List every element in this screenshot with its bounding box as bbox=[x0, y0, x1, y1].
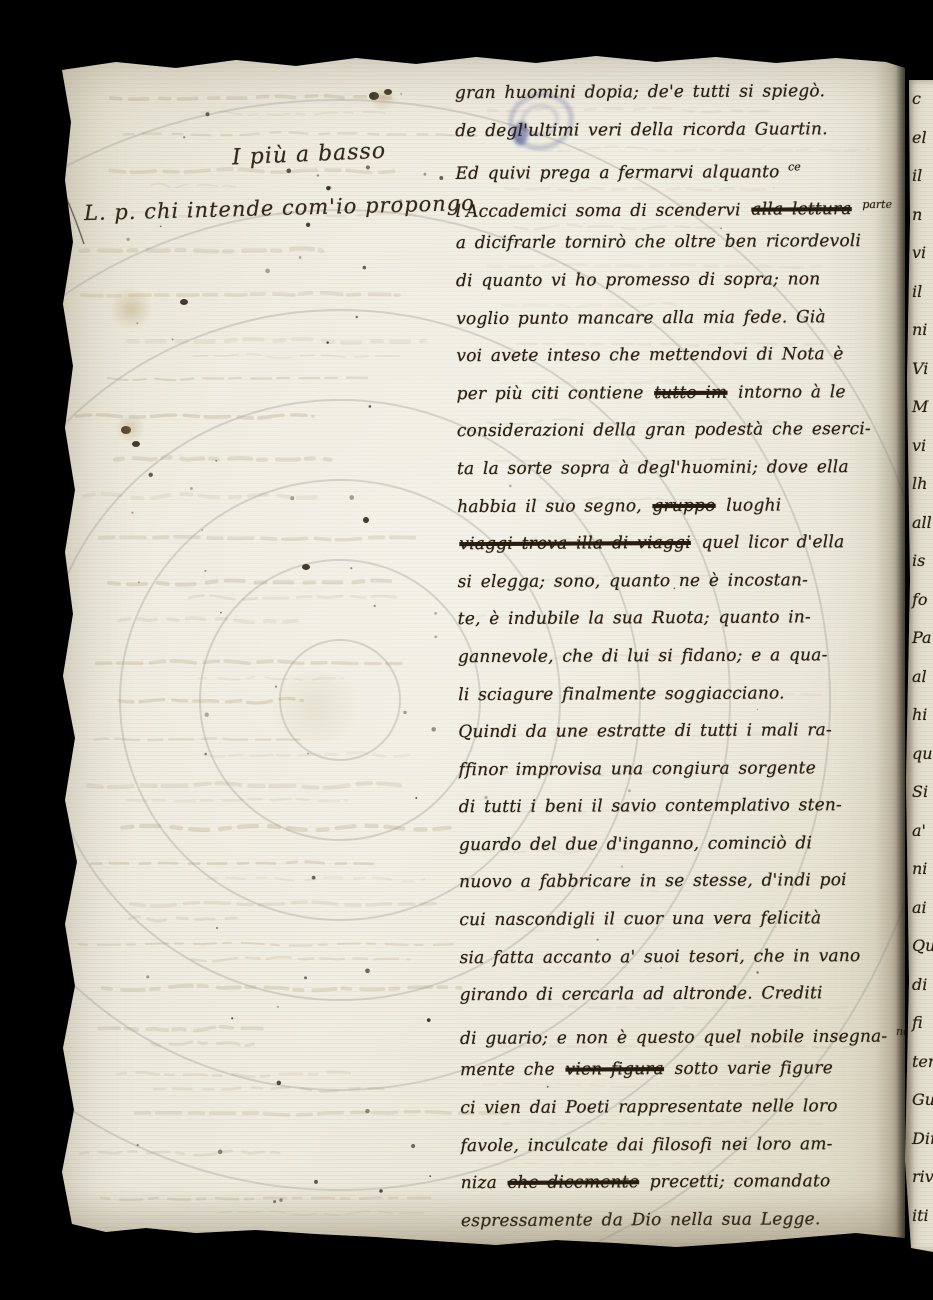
adjacent-line-fragment: iti bbox=[905, 1197, 933, 1236]
manuscript-line: gannevole, che di lui si fidano; e a qua… bbox=[458, 637, 905, 677]
struck-text-segment: tutto im bbox=[652, 382, 729, 402]
text-segment: di quanto vi ho promesso di sopra; non bbox=[456, 269, 820, 291]
manuscript-line: de degl'ultimi veri della ricorda Guarti… bbox=[455, 110, 902, 150]
adjacent-line-fragment: lh bbox=[905, 465, 933, 504]
text-segment: precetti; comandato bbox=[650, 1171, 831, 1192]
text-segment: ce bbox=[788, 161, 801, 174]
adjacent-line-fragment: Din bbox=[905, 1120, 933, 1159]
manuscript-line: si elegga; sono, quanto ne è incostan- bbox=[457, 562, 904, 602]
adjacent-line-fragment: fi bbox=[905, 1004, 933, 1043]
text-segment: no bbox=[896, 1025, 908, 1038]
manuscript-line: ta la sorte sopra à degl'huomini; dove e… bbox=[457, 449, 904, 489]
paper-stain bbox=[261, 672, 371, 742]
text-segment: sotto varie figure bbox=[675, 1059, 833, 1080]
struck-text-segment: alla lettura bbox=[749, 200, 853, 221]
adjacent-line-fragment: all bbox=[905, 504, 933, 543]
text-segment: girando di cercarla ad altronde. Crediti bbox=[460, 984, 823, 1006]
text-segment: gran huomini dopia; de'e tutti si spiegò… bbox=[455, 81, 825, 103]
text-segment: habbia il suo segno, bbox=[457, 496, 642, 517]
text-segment: intorno à le bbox=[738, 382, 846, 403]
text-segment: te, è indubile la sua Ruota; quanto in- bbox=[458, 608, 811, 630]
text-segment: ci vien dai Poeti rappresentate nelle lo… bbox=[460, 1096, 837, 1118]
adjacent-line-fragment: Vi bbox=[905, 350, 933, 389]
struck-text-segment: vien figura bbox=[563, 1060, 666, 1081]
text-segment: voi avete inteso che mettendovi di Nota … bbox=[456, 344, 843, 366]
struck-text-segment: che dicemente bbox=[506, 1172, 642, 1193]
text-segment: si elegga; sono, quanto ne è incostan- bbox=[458, 570, 809, 592]
text-segment: li sciagure finalmente soggiacciano. bbox=[458, 683, 785, 705]
manuscript-line: di guario; e non è questo quel nobile in… bbox=[460, 1013, 907, 1053]
adjacent-line-fragment: Pa bbox=[905, 619, 933, 658]
manuscript-text-column: gran huomini dopia; de'e tutti si spiegò… bbox=[455, 73, 908, 1251]
text-segment: niza bbox=[461, 1173, 497, 1193]
annotation-lower: L. p. chi intende com'io propongo bbox=[84, 191, 475, 225]
adjacent-line-fragment: ter bbox=[905, 1043, 933, 1082]
adjacent-line-fragment: c bbox=[905, 80, 933, 119]
text-segment: cui nascondigli il cuor una vera felicit… bbox=[459, 908, 821, 930]
manuscript-line: sia fatta accanto a' suoi tesori, che in… bbox=[459, 937, 906, 977]
paper-stain bbox=[368, 88, 398, 110]
scan-background: I più a basso L. p. chi intende com'io p… bbox=[0, 0, 933, 1300]
text-segment: de degl'ultimi veri della ricorda Guarti… bbox=[455, 119, 828, 141]
text-segment: sia fatta accanto a' suoi tesori, che in… bbox=[459, 946, 860, 968]
manuscript-line: girando di cercarla ad altronde. Crediti bbox=[460, 975, 907, 1015]
manuscript-line: nuovo a fabbricare in se stesse, d'indi … bbox=[459, 862, 906, 902]
text-segment: l'Accademici soma di scendervi bbox=[456, 200, 741, 221]
manuscript-line: voglio punto mancare alla mia fede. Già bbox=[456, 298, 903, 338]
adjacent-line-fragment: vi bbox=[905, 234, 933, 273]
manuscript-line: di quanto vi ho promesso di sopra; non bbox=[456, 261, 903, 301]
paper-stain bbox=[114, 414, 146, 442]
adjacent-line-fragment: qu bbox=[905, 735, 933, 774]
text-segment: mente che bbox=[460, 1060, 555, 1080]
adjacent-line-fragment: ai bbox=[905, 889, 933, 928]
manuscript-line: Ed quivi prega a fermarvi alquanto ce bbox=[455, 148, 902, 188]
adjacent-line-fragment: il bbox=[905, 157, 933, 196]
manuscript-line: ffinor improvisa una congiura sorgente bbox=[458, 750, 905, 790]
text-segment: di guario; e non è questo quel nobile in… bbox=[460, 1026, 887, 1048]
manuscript-line: li sciagure finalmente soggiacciano. bbox=[458, 674, 905, 714]
manuscript-line: espressamente da Dio nella sua Legge. bbox=[461, 1201, 908, 1241]
adjacent-line-fragment: n bbox=[905, 196, 933, 235]
text-segment: ta la sorte sopra à degl'huomini; dove e… bbox=[457, 457, 849, 479]
manuscript-line: guardo del due d'inganno, cominciò di bbox=[459, 825, 906, 865]
adjacent-line-fragment: riv bbox=[905, 1158, 933, 1197]
text-segment: considerazioni della gran podestà che es… bbox=[457, 419, 871, 441]
text-segment: nuovo a fabbricare in se stesse, d'indi … bbox=[459, 871, 847, 893]
adjacent-line-fragment: ni bbox=[905, 850, 933, 889]
adjacent-line-fragment: Si bbox=[905, 773, 933, 812]
adjacent-line-fragment: fo bbox=[905, 581, 933, 620]
struck-text-segment: viaggi trova illa di viaggi bbox=[457, 533, 693, 554]
text-segment: espressamente da Dio nella sua Legge. bbox=[461, 1209, 821, 1231]
manuscript-line: di tutti i beni il savio contemplativo s… bbox=[459, 787, 906, 827]
manuscript-line: per più citi contiene tutto im intorno à… bbox=[456, 374, 903, 414]
adjacent-line-fragment: di bbox=[905, 966, 933, 1005]
manuscript-line: mente che vien figura sotto varie figure bbox=[460, 1050, 907, 1090]
text-segment: quel licor d'ella bbox=[701, 532, 844, 553]
text-segment: a dicifrarle tornirò che oltre ben ricor… bbox=[456, 231, 861, 253]
manuscript-line: te, è indubile la sua Ruota; quanto in- bbox=[458, 599, 905, 639]
text-segment: Quindi da une estratte di tutti i mali r… bbox=[458, 720, 832, 742]
manuscript-line: favole, inculcate dai filosofi nei loro … bbox=[460, 1125, 907, 1165]
adjacent-line-fragment: al bbox=[905, 658, 933, 697]
paper-stain bbox=[108, 288, 154, 330]
text-segment: parte bbox=[862, 198, 892, 211]
text-segment: per più citi contiene bbox=[457, 383, 644, 404]
manuscript-line: gran huomini dopia; de'e tutti si spiegò… bbox=[455, 73, 902, 113]
manuscript-line: Quindi da une estratte di tutti i mali r… bbox=[458, 712, 905, 752]
adjacent-line-fragment: Gua bbox=[905, 1081, 933, 1120]
adjacent-line-fragment: il bbox=[905, 273, 933, 312]
text-segment: guardo del due d'inganno, cominciò di bbox=[459, 833, 812, 855]
adjacent-line-fragment: is bbox=[905, 542, 933, 581]
manuscript-line: a dicifrarle tornirò che oltre ben ricor… bbox=[456, 223, 903, 263]
manuscript-line: niza che dicemente precetti; comandato bbox=[461, 1163, 908, 1203]
struck-text-segment: gruppo bbox=[650, 495, 717, 515]
adjacent-page-edge: celilnviilniViMvilhallisfoPaalhiquSia'ni… bbox=[905, 80, 933, 1252]
adjacent-line-fragment: hi bbox=[905, 696, 933, 735]
manuscript-line: viaggi trova illa di viaggi quel licor d… bbox=[457, 524, 904, 564]
manuscript-line: habbia il suo segno, gruppo luoghi bbox=[457, 486, 904, 526]
adjacent-line-fragment: a' bbox=[905, 812, 933, 851]
adjacent-line-fragment: vi bbox=[905, 427, 933, 466]
annotation-upper: I più a basso bbox=[232, 139, 387, 171]
adjacent-line-fragment: Qu bbox=[905, 927, 933, 966]
manuscript-line: considerazioni della gran podestà che es… bbox=[457, 411, 904, 451]
adjacent-line-fragment: M bbox=[905, 388, 933, 427]
manuscript-page: I più a basso L. p. chi intende com'io p… bbox=[56, 52, 905, 1248]
adjacent-line-fragment: ni bbox=[905, 311, 933, 350]
text-segment: di tutti i beni il savio contemplativo s… bbox=[459, 795, 842, 817]
text-segment: gannevole, che di lui si fidano; e a qua… bbox=[458, 645, 828, 667]
manuscript-line: ci vien dai Poeti rappresentate nelle lo… bbox=[460, 1088, 907, 1128]
manuscript-line: l'Accademici soma di scendervi alla lett… bbox=[456, 186, 903, 226]
text-segment: voglio punto mancare alla mia fede. Già bbox=[456, 307, 826, 329]
manuscript-line: voi avete inteso che mettendovi di Nota … bbox=[456, 336, 903, 376]
adjacent-line-fragment: el bbox=[905, 119, 933, 158]
text-segment: luoghi bbox=[726, 495, 781, 515]
text-segment: favole, inculcate dai filosofi nei loro … bbox=[460, 1134, 832, 1156]
manuscript-line: cui nascondigli il cuor una vera felicit… bbox=[459, 900, 906, 940]
text-segment: Ed quivi prega a fermarvi alquanto bbox=[455, 162, 779, 184]
text-segment: ffinor improvisa una congiura sorgente bbox=[459, 758, 816, 780]
